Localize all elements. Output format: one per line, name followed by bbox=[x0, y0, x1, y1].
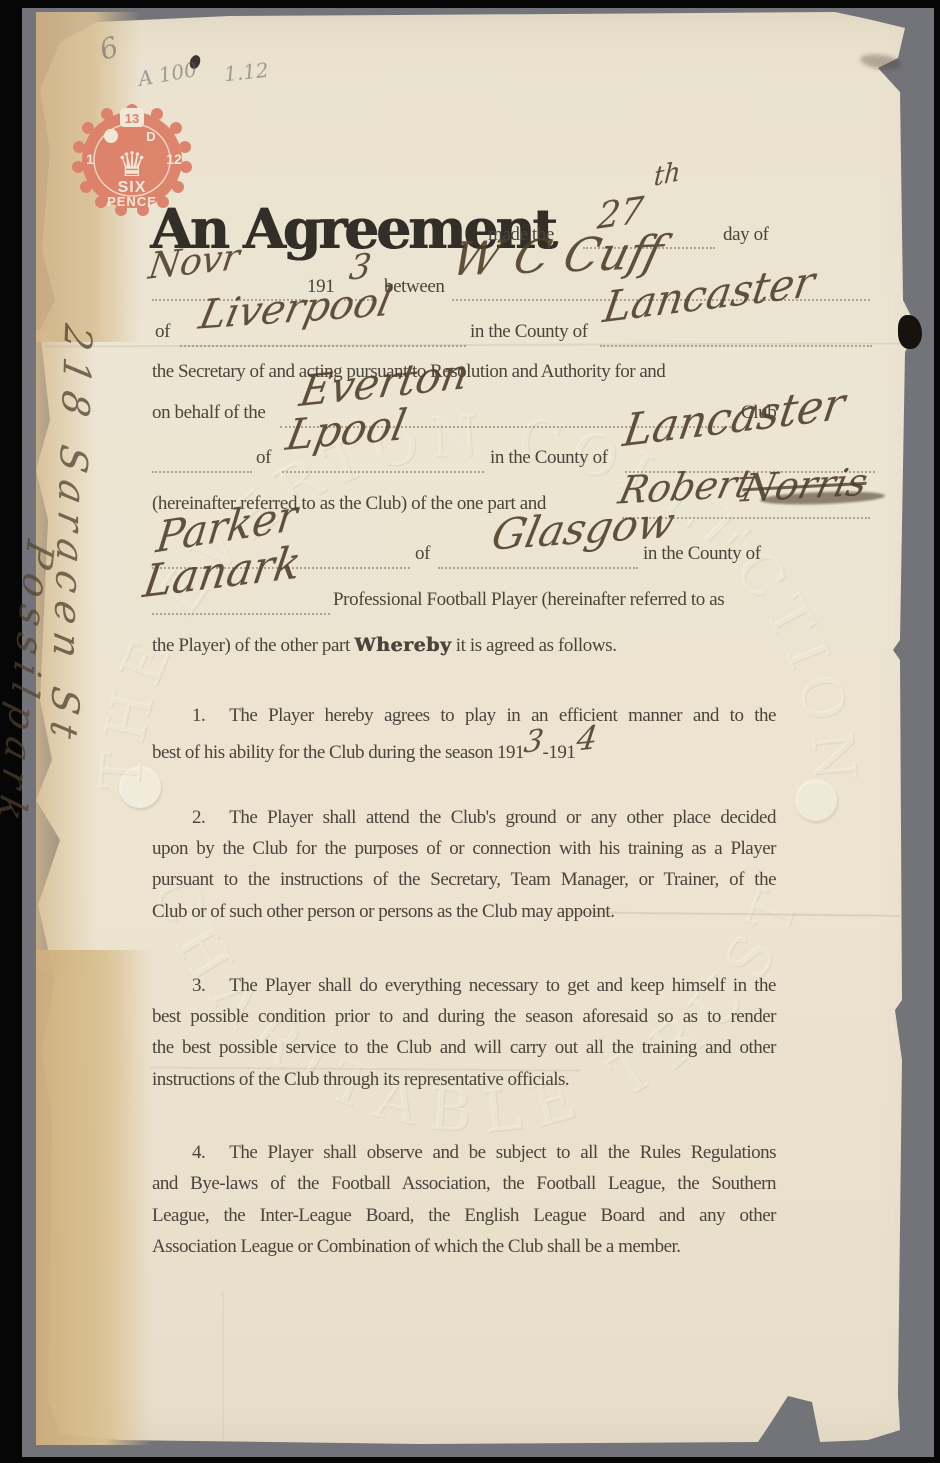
clause2-line2: upon by the Club for the purposes of or … bbox=[152, 836, 776, 862]
party1-city-rule bbox=[180, 344, 466, 347]
behalf-label: on behalf of the bbox=[152, 402, 265, 424]
whereby-pre: the Player) of the other part bbox=[152, 635, 354, 656]
clause1-line1: 1.The Player hereby agrees to play in an… bbox=[152, 703, 776, 729]
clause3-line4: instructions of the Club through its rep… bbox=[152, 1067, 776, 1093]
party1-name-handwritten: W C Cuff bbox=[446, 225, 669, 287]
clause2-text: The Player shall attend the Club's groun… bbox=[229, 807, 776, 828]
clause2-line1: 2.The Player shall attend the Club's gro… bbox=[152, 805, 776, 831]
clause1-text: The Player hereby agrees to play in an e… bbox=[229, 705, 776, 726]
stamp-left-number: 1 bbox=[86, 151, 94, 167]
clause1-season-mid: -191 bbox=[543, 742, 576, 763]
stamp-top-number: 13 bbox=[125, 111, 139, 126]
of-label-2: of bbox=[256, 447, 271, 469]
clause4-line4: Association League or Combination of whi… bbox=[152, 1234, 776, 1260]
clause4-number: 4. bbox=[192, 1142, 205, 1163]
clause4-line1: 4.The Player shall observe and be subjec… bbox=[152, 1140, 776, 1166]
lead-rule bbox=[152, 470, 252, 473]
stamp-letter: D bbox=[146, 129, 155, 144]
season-end-handwritten: 4 bbox=[576, 724, 599, 753]
party2-county-rule bbox=[152, 612, 330, 615]
clause3-line2: best possible condition prior to and dur… bbox=[152, 1004, 776, 1030]
clause1-season-pre: best of his ability for the Club during … bbox=[152, 742, 524, 763]
season-start-handwritten: 3 bbox=[522, 728, 544, 756]
clause3-text: The Player shall do everything necessary… bbox=[229, 975, 776, 996]
clause4-text: The Player shall observe and be subject … bbox=[229, 1142, 776, 1163]
clause4-line2: and Bye-laws of the Football Association… bbox=[152, 1171, 776, 1197]
county-label-2: in the County of bbox=[490, 447, 608, 469]
clause3-line3: the best possible service to the Club an… bbox=[152, 1035, 776, 1061]
of-label-3: of bbox=[415, 543, 430, 565]
stamp-right-number: 12 bbox=[166, 151, 182, 167]
party2-struck-name-handwritten: Norris bbox=[738, 460, 872, 511]
profession-line: Professional Football Player (hereinafte… bbox=[333, 589, 724, 611]
day-of-label: day of bbox=[723, 224, 769, 246]
party2-city-rule bbox=[438, 566, 638, 569]
clause3-number: 3. bbox=[192, 975, 205, 996]
party1-county-rule bbox=[600, 344, 872, 347]
whereby-post: it is agreed as follows. bbox=[451, 635, 616, 656]
whereby-word: Whereby bbox=[354, 634, 451, 656]
clause1-number: 1. bbox=[192, 705, 205, 726]
pencil-note: 1.12 bbox=[223, 58, 270, 87]
clause2-line4: Club or of such other person or persons … bbox=[152, 899, 776, 925]
day-suffix-handwritten: th bbox=[653, 156, 682, 193]
scanned-agreement-page: THE EVERTON COLLECTION CHARITABLE TRUST … bbox=[0, 0, 940, 1463]
club-city-rule bbox=[282, 470, 484, 473]
clause2-line3: pursuant to the instructions of the Secr… bbox=[152, 867, 776, 893]
whereby-line: the Player) of the other part Whereby it… bbox=[152, 634, 617, 657]
county-label-1: in the County of bbox=[470, 321, 588, 343]
clause3-line1: 3.The Player shall do everything necessa… bbox=[152, 973, 776, 999]
county-label-3: in the County of bbox=[643, 543, 761, 565]
clause2-number: 2. bbox=[192, 807, 205, 828]
clause4-line3: League, the Inter-League Board, the Engl… bbox=[152, 1203, 776, 1229]
clause1-line2: best of his ability for the Club during … bbox=[152, 734, 776, 766]
of-label-1: of bbox=[155, 321, 170, 343]
